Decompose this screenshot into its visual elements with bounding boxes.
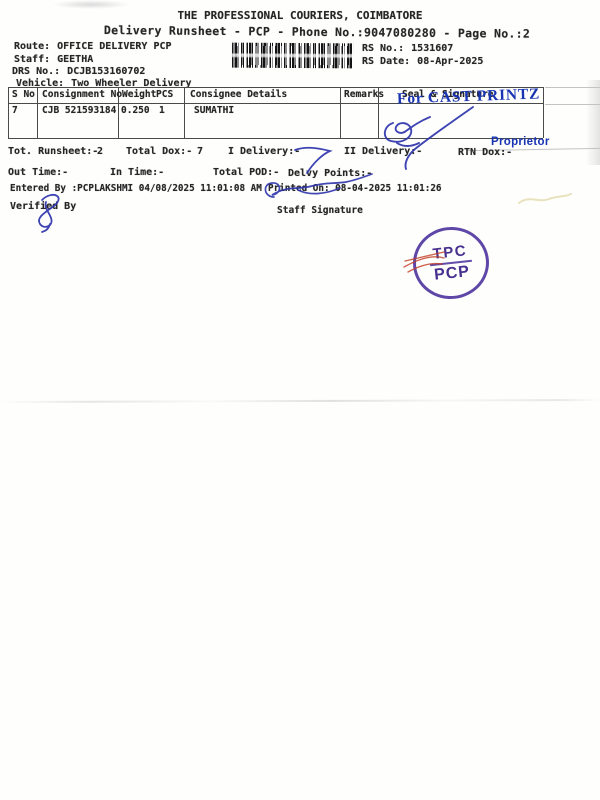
paper-crease-line [0, 399, 600, 403]
staff-label: Staff: [14, 54, 50, 66]
table-border-right [543, 87, 544, 138]
seal-cell-signature [375, 95, 490, 173]
cell-consignee: SUMATHI [194, 106, 234, 117]
runsheet-barcode [232, 43, 353, 69]
verified-by-signature [22, 188, 74, 234]
cell-pcs: 1 [159, 106, 165, 117]
staff-value: GEETHA [57, 54, 93, 66]
cell-sno: 7 [12, 106, 18, 117]
route-label: Route: [14, 41, 50, 53]
total-dox-label: Total Dox:- [126, 146, 192, 158]
i-delivery-label: I Delivery:- [228, 146, 300, 158]
printed-on-signature [258, 172, 378, 204]
drs-line: DRS No.: DCJB153160702 [12, 66, 145, 78]
document-title: THE PROFESSIONAL COURIERS, COIMBATORE [0, 10, 600, 23]
staff-line: Staff: GEETHA [14, 54, 93, 66]
drs-label: DRS No.: [12, 66, 60, 78]
cell-weight: 0.250 [121, 106, 150, 117]
i-delivery-signature [292, 141, 337, 175]
cell-consignment-no: CJB 521593184 [42, 106, 116, 117]
document-subtitle: Delivery Runsheet - PCP - Phone No.:9047… [104, 24, 530, 41]
col-header-weight: Weight [122, 90, 156, 101]
cutoff-line-mid [545, 104, 600, 105]
scan-smudge [52, 0, 130, 9]
table-divider-sno [37, 87, 38, 138]
tot-runsheet-value: 2 [97, 146, 103, 158]
scan-edge-shadow [586, 80, 600, 165]
total-dox-value: 7 [197, 146, 203, 158]
col-header-pcs: PCS [156, 90, 173, 101]
rs-no-label: RS No.: [362, 43, 404, 55]
col-header-sno: S No [12, 90, 35, 101]
rs-date-line: RS Date: 08-Apr-2025 [362, 56, 483, 68]
table-divider-weightpcs [184, 87, 185, 138]
route-line: Route: OFFICE DELIVERY PCP [14, 41, 172, 53]
rs-date-value: 08-Apr-2025 [417, 56, 483, 68]
scanned-delivery-runsheet: THE PROFESSIONAL COURIERS, COIMBATORE De… [0, 0, 600, 800]
table-divider-consignee [340, 87, 341, 138]
proprietor-stamp: Proprietor [491, 136, 550, 148]
in-time-label: In Time:- [110, 167, 164, 179]
rs-date-label: RS Date: [362, 56, 410, 68]
staff-signature-label: Staff Signature [277, 206, 363, 217]
faint-highlighter-mark [515, 190, 575, 208]
tot-runsheet-label: Tot. Runsheet:- [8, 146, 98, 158]
red-pen-scribble [400, 244, 448, 276]
drs-value: DCJB153160702 [67, 66, 145, 78]
col-header-consignment: Consignment No [42, 90, 122, 101]
col-header-consignee: Consignee Details [190, 90, 287, 101]
out-time-label: Out Time:- [8, 167, 68, 179]
rs-no-line: RS No.: 1531607 [362, 43, 453, 55]
table-border-left [8, 87, 9, 138]
cutoff-line-top [545, 87, 600, 88]
route-value: OFFICE DELIVERY PCP [57, 41, 171, 53]
rs-no-value: 1531607 [411, 43, 453, 55]
